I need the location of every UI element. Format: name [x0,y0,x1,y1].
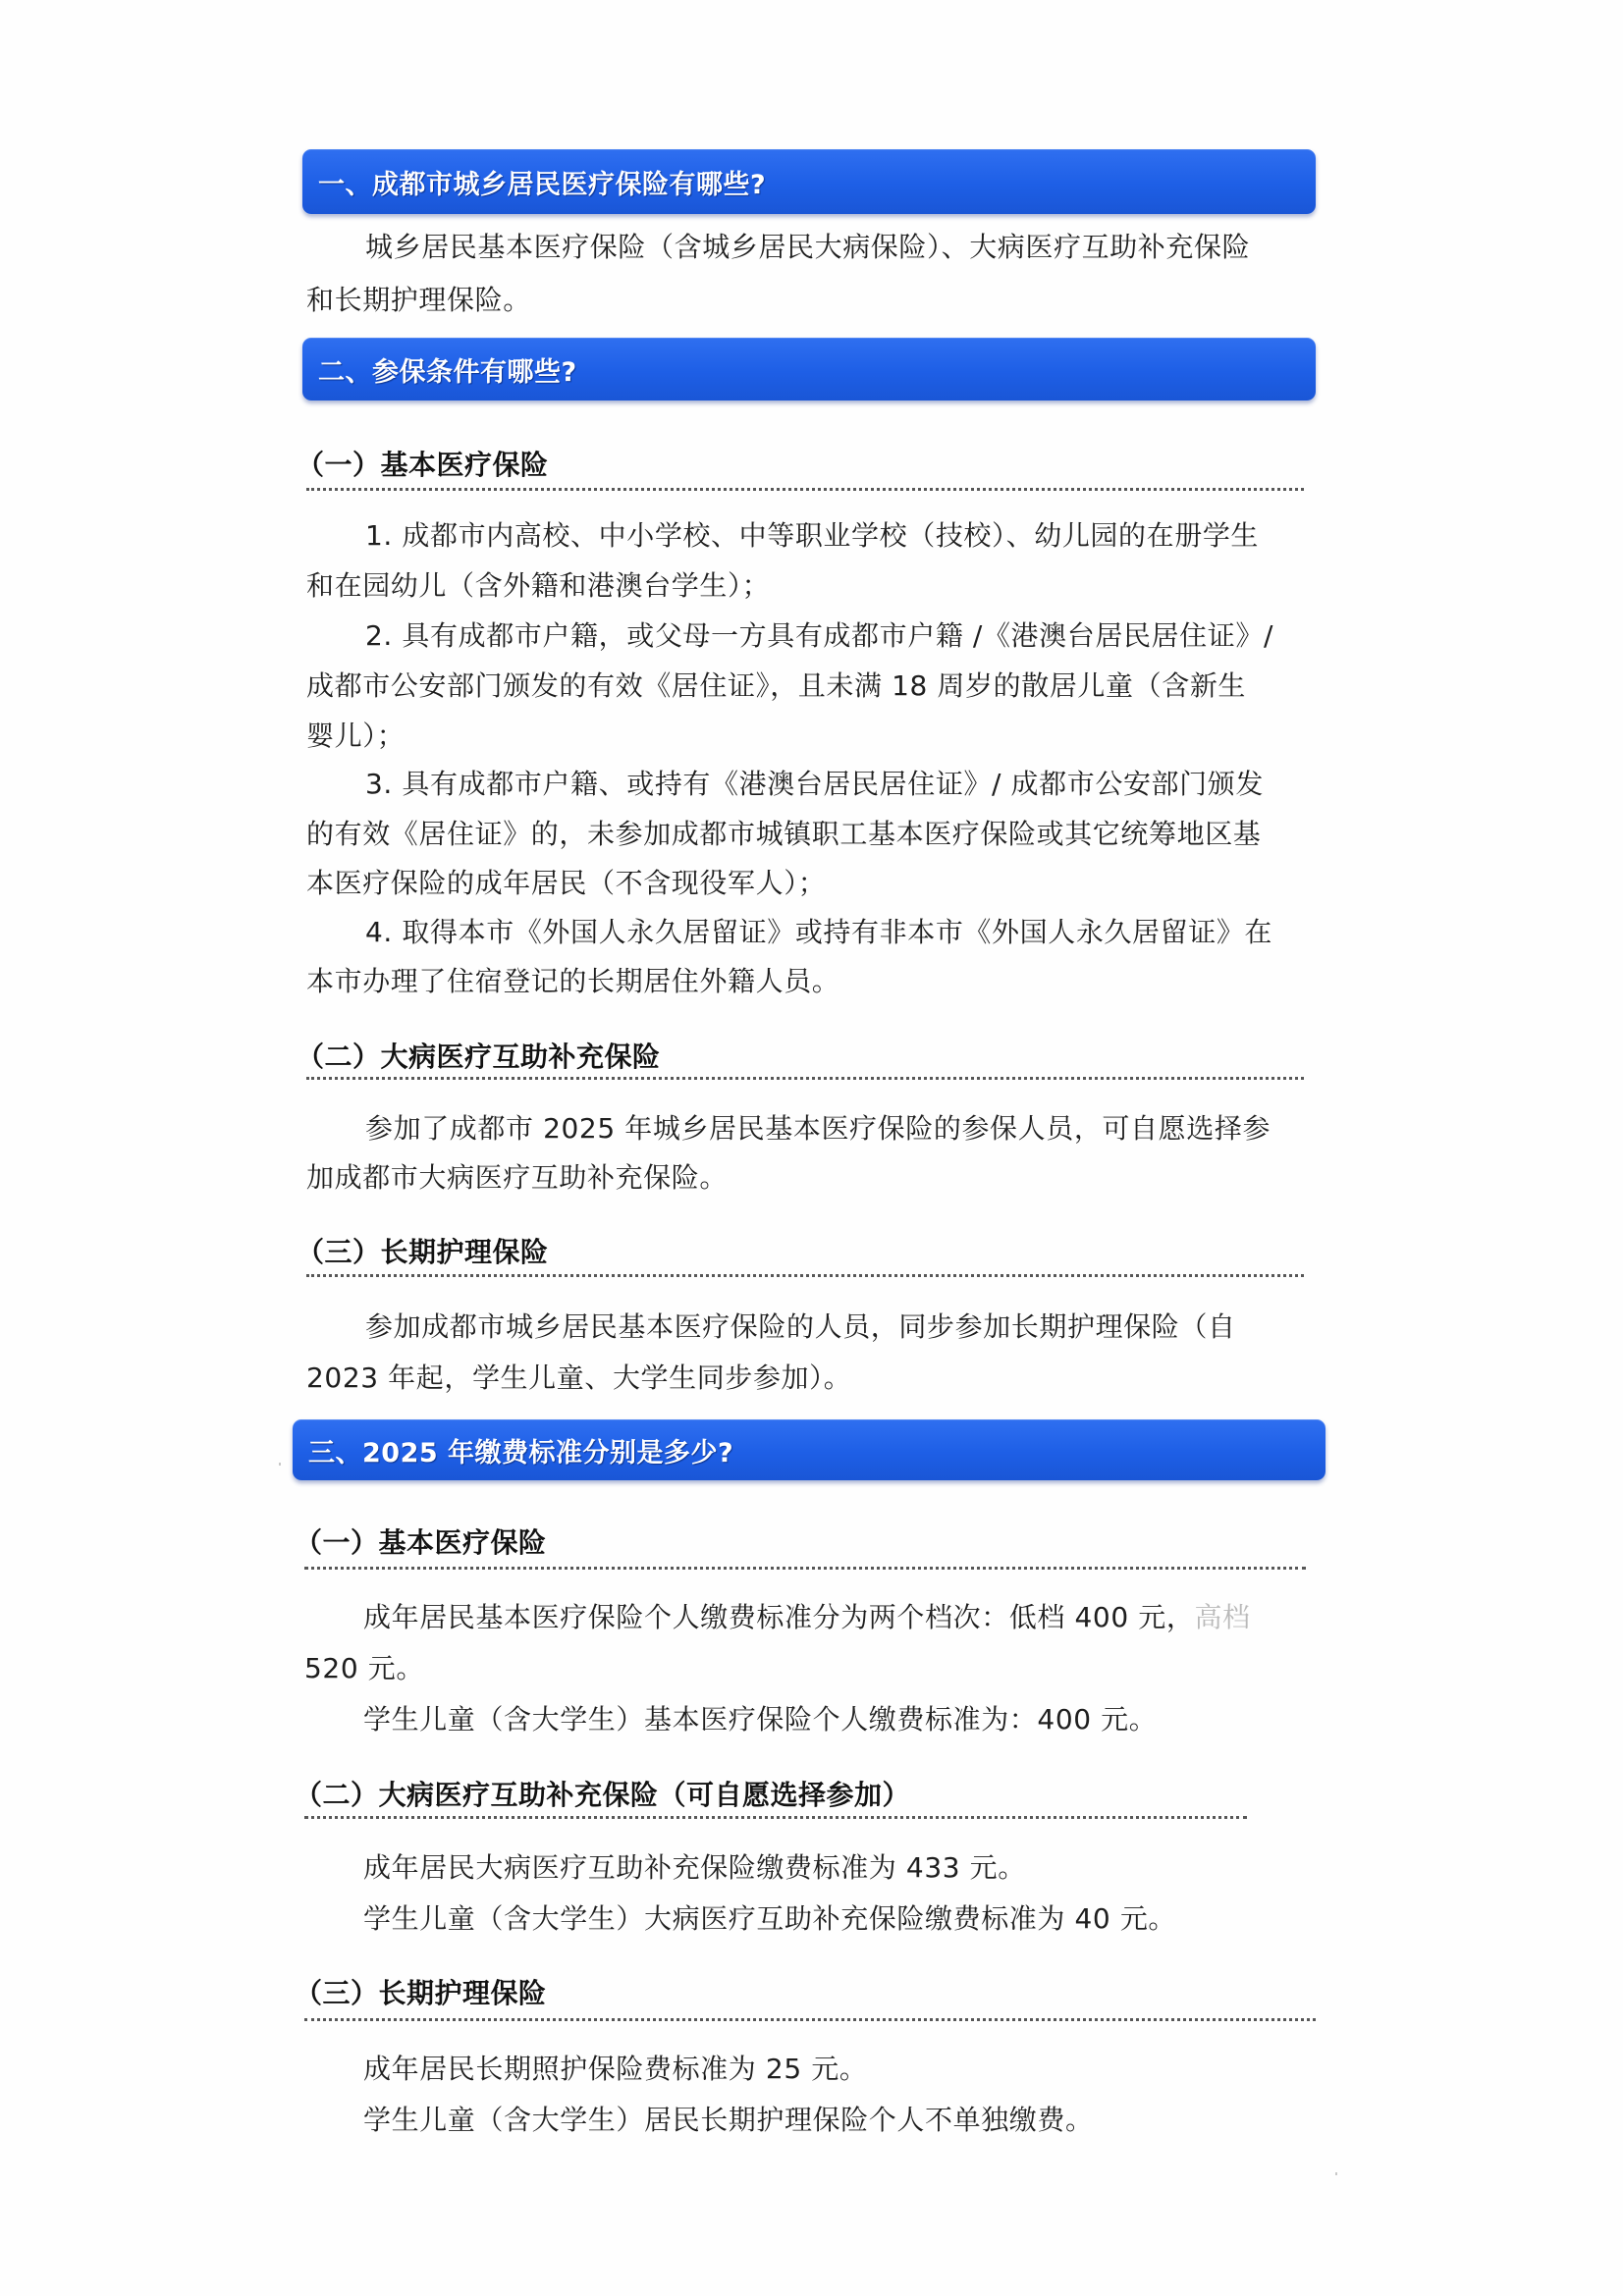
subsection-heading: （一）基本医疗保险 [295,1522,547,1561]
list-item-line: 3. 具有成都市户籍、或持有《港澳台居民居住证》/ 成都市公安部门颁发 [365,767,1264,802]
document-page: 一、成都市城乡居民医疗保险有哪些? 城乡居民基本医疗保险（含城乡居民大病保险）、… [0,0,1623,2296]
paragraph-line: 学生儿童（含大学生）基本医疗保险个人缴费标准为：400 元。 [363,1702,1157,1737]
section-banner-3: 三、2025 年缴费标准分别是多少? [293,1419,1325,1480]
dotted-divider [306,1274,1304,1277]
dotted-divider [304,2018,1316,2021]
paragraph-line: 成年居民大病医疗互助补充保险缴费标准为 433 元。 [363,1850,1026,1886]
subsection-heading: （二）大病医疗互助补充保险（可自愿选择参加） [295,1774,910,1813]
paragraph-line: 和长期护理保险。 [306,283,531,318]
section-banner-2: 二、参保条件有哪些? [302,338,1316,400]
subsection-heading: （三）长期护理保险 [297,1231,549,1270]
paragraph-line: 参加成都市城乡居民基本医疗保险的人员，同步参加长期护理保险（自 [365,1309,1236,1345]
paragraph-line: 2023 年起，学生儿童、大学生同步参加）。 [306,1361,851,1396]
subsection-heading: （三）长期护理保险 [295,1972,547,2011]
dotted-divider [306,1077,1304,1080]
paragraph-line: 城乡居民基本医疗保险（含城乡居民大病保险）、大病医疗互助补充保险 [365,230,1250,265]
dotted-divider [304,1816,1247,1819]
scan-speck [1335,2172,1337,2175]
paragraph-line: 学生儿童（含大学生）大病医疗互助补充保险缴费标准为 40 元。 [363,1901,1176,1937]
subsection-heading: （二）大病医疗互助补充保险 [297,1036,661,1075]
paragraph-line: 学生儿童（含大学生）居民长期护理保险个人不单独缴费。 [363,2103,1094,2138]
paragraph-line: 成年居民基本医疗保险个人缴费标准分为两个档次：低档 400 元，高档 [363,1600,1251,1635]
section-title-2: 二、参保条件有哪些? [318,350,577,389]
faded-scan-text: 高档 [1194,1601,1250,1633]
list-item-line: 的有效《居住证》的，未参加成都市城镇职工基本医疗保险或其它统筹地区基 [306,817,1261,852]
paragraph-line: 520 元。 [304,1651,424,1686]
list-item-line: 本市办理了住宿登记的长期居住外籍人员。 [306,964,839,999]
paragraph-line: 加成都市大病医疗互助补充保险。 [306,1160,728,1196]
list-item-line: 1. 成都市内高校、中小学校、中等职业学校（技校）、幼儿园的在册学生 [365,518,1259,554]
dotted-divider [304,1567,1306,1570]
list-item-line: 婴儿）； [306,719,405,754]
fee-line-text: 成年居民基本医疗保险个人缴费标准分为两个档次：低档 400 元， [363,1601,1194,1633]
dotted-divider [306,488,1304,491]
list-item-line: 本医疗保险的成年居民（不含现役军人）； [306,866,826,901]
subsection-heading: （一）基本医疗保险 [297,444,549,483]
section-banner-1: 一、成都市城乡居民医疗保险有哪些? [302,149,1316,214]
list-item-line: 2. 具有成都市户籍，或父母一方具有成都市户籍 /《港澳台居民居住证》/ [365,618,1273,654]
list-item-line: 4. 取得本市《外国人永久居留证》或持有非本市《外国人永久居留证》在 [365,915,1272,950]
scan-speck [279,1463,281,1466]
list-item-line: 成都市公安部门颁发的有效《居住证》，且未满 18 周岁的散居儿童（含新生 [306,668,1246,704]
section-title-3: 三、2025 年缴费标准分别是多少? [308,1431,733,1469]
list-item-line: 和在园幼儿（含外籍和港澳台学生）； [306,568,770,604]
paragraph-line: 参加了成都市 2025 年城乡居民基本医疗保险的参保人员，可自愿选择参 [365,1111,1271,1147]
section-title-1: 一、成都市城乡居民医疗保险有哪些? [318,163,766,201]
paragraph-line: 成年居民长期照护保险费标准为 25 元。 [363,2052,867,2087]
